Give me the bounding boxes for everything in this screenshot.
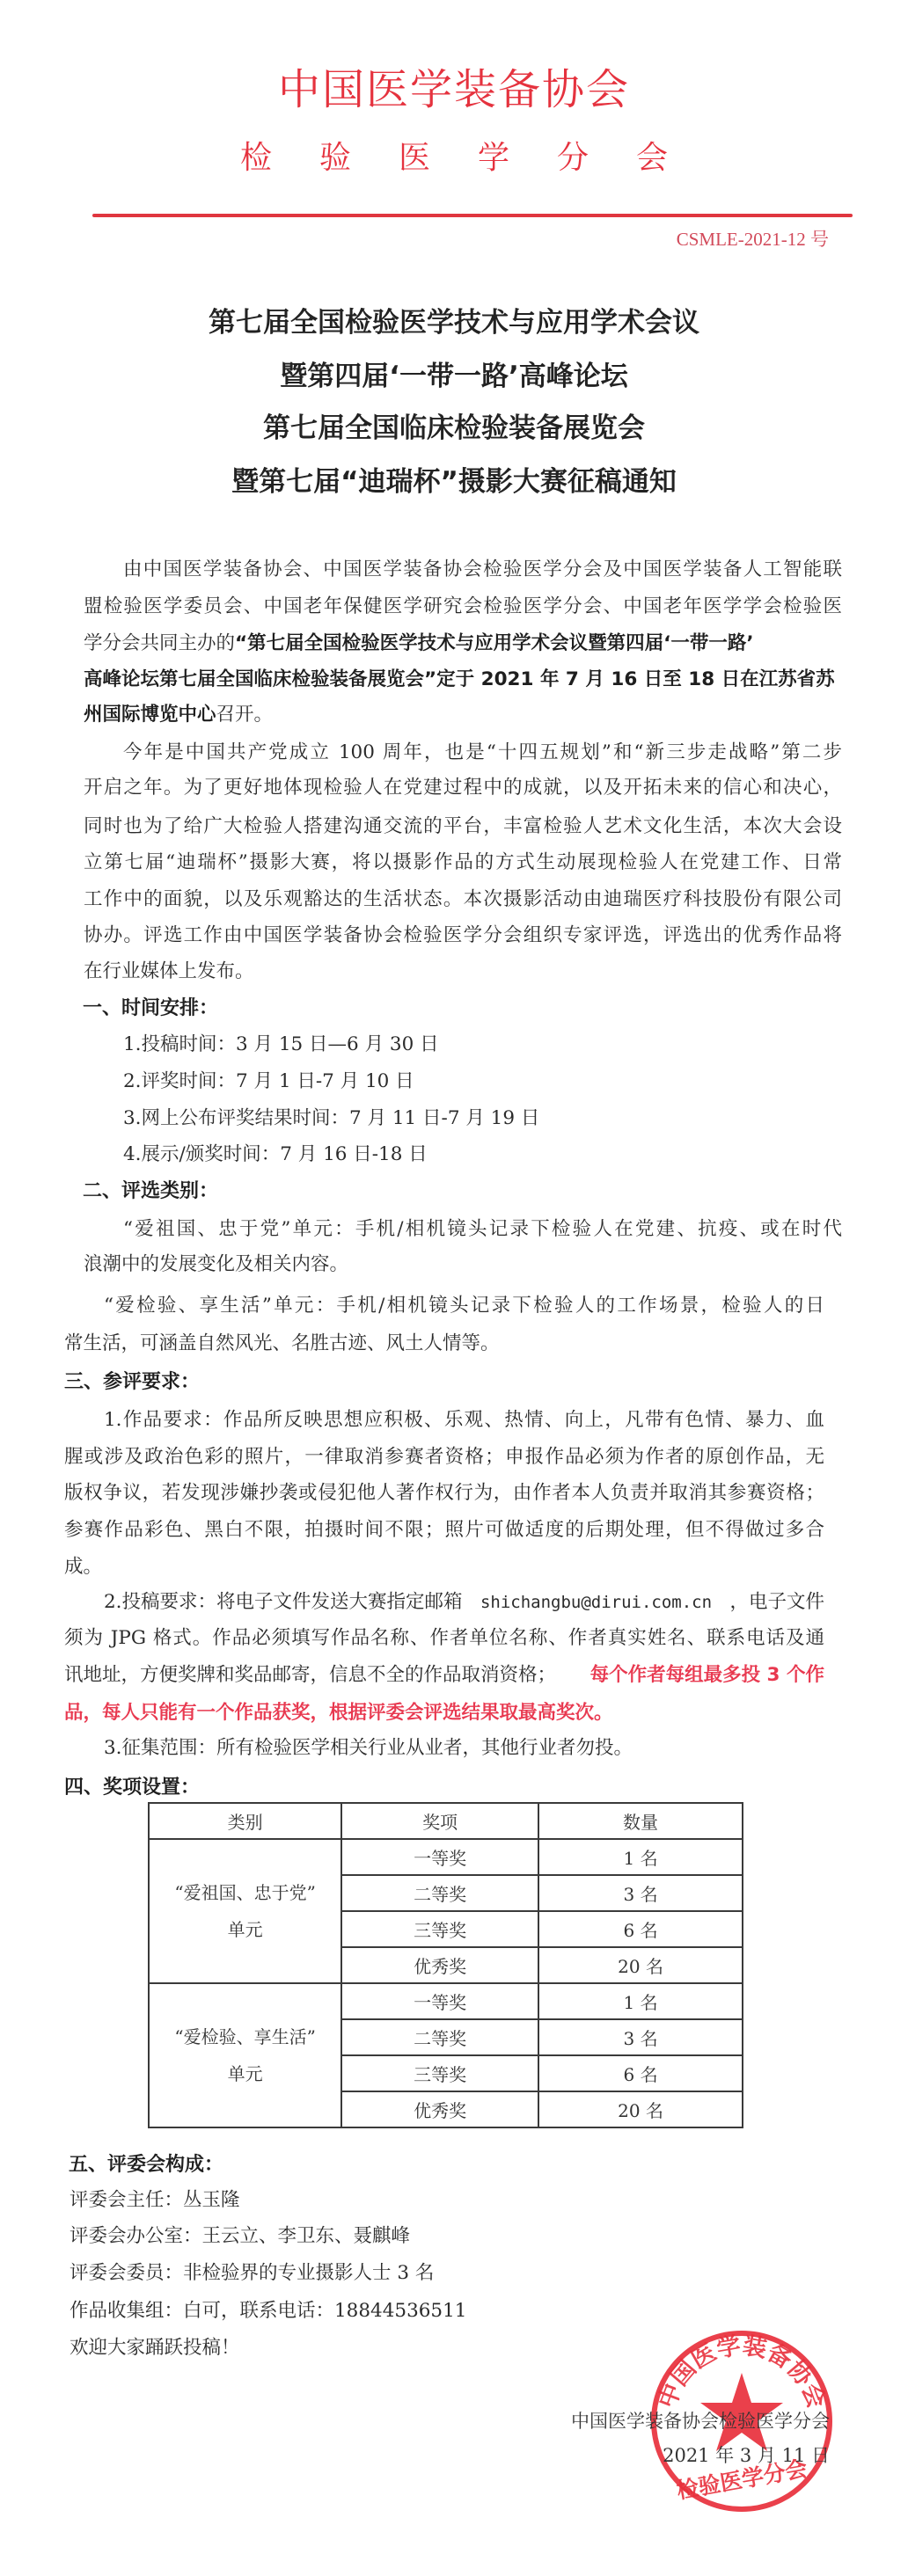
table-row: “爱检验、享生活” 单元 一等奖 1 名	[149, 1983, 743, 2019]
count-cell: 6 名	[538, 1911, 743, 1947]
letterhead-divider	[92, 214, 853, 217]
requirement-text: 2.投稿要求：将电子文件发送大赛指定邮箱 shichangbu@dirui.co…	[104, 1589, 824, 1616]
schedule-item: 3.网上公布评奖结果时间：7 月 11 日-7 月 19 日	[123, 1106, 539, 1132]
committee-line: 作品收集组：白可，联系电话：18844536511	[70, 2298, 466, 2324]
text-plain: 讯地址，方便奖牌和奖品邮寄，信息不全的作品取消资格；	[64, 1662, 556, 1689]
text-line: 立第七届“迪瑞杯”摄影大赛，将以摄影作品的方式生动展现检验人在党建工作、日常	[84, 850, 842, 876]
letterhead-branch-name: 检验医学分会	[0, 141, 908, 176]
event-name-bold: 高峰论坛第七届全国临床检验装备展览会”	[84, 668, 436, 690]
closing-line: 欢迎大家踊跃投稿！	[70, 2335, 240, 2361]
count-cell: 20 名	[538, 2091, 743, 2127]
text-line: 高峰论坛第七届全国临床检验装备展览会”定于 2021 年 7 月 16 日至 1…	[84, 667, 842, 693]
category-cell: “爱检验、享生活” 单元	[149, 1983, 341, 2127]
requirement-text: 版权争议，若发现涉嫌抄袭或侵犯他人著作权行为，由作者本人负责并取消其参赛资格；	[64, 1480, 824, 1507]
headline-line-3: 第七届全国临床检验装备展览会	[0, 411, 908, 446]
text-line: 州国际博览中心召开。	[84, 702, 842, 728]
count-cell: 1 名	[538, 1839, 743, 1875]
submission-email-link[interactable]: shichangbu@dirui.com.cn	[480, 1589, 712, 1616]
text-line: 同时也为了给广大检验人搭建沟通交流的平台，丰富检验人艺术文化生活，本次大会设	[84, 814, 842, 840]
requirement-text: 须为 JPG 格式。作品必须填写作品名称、作者单位名称、作者真实姓名、联系电话及…	[64, 1625, 824, 1652]
table-row: “爱祖国、忠于党” 单元 一等奖 1 名	[149, 1839, 743, 1875]
count-cell: 20 名	[538, 1947, 743, 1983]
requirement-text: 3.征集范围：所有检验医学相关行业从业者，其他行业者勿投。	[104, 1735, 824, 1762]
section-heading-committee: 五、评委会构成：	[69, 2152, 223, 2178]
awards-table: 类别 奖项 数量 “爱祖国、忠于党” 单元 一等奖 1 名 二等奖 3 名 三等…	[148, 1802, 743, 2128]
text-line: 工作中的面貌，以及乐观豁达的生活状态。本次摄影活动由迪瑞医疗科技股份有限公司	[84, 887, 842, 913]
headline-line-1: 第七届全国检验医学技术与应用学术会议	[0, 305, 908, 340]
category-name: “爱祖国、忠于党”	[150, 1874, 340, 1911]
requirement-text: 参赛作品彩色、黑白不限，拍摄时间不限；照片可做适度的后期处理，但不得做过多合	[64, 1517, 824, 1543]
count-cell: 3 名	[538, 2019, 743, 2055]
event-date-bold: 定于 2021 年 7 月 16 日至 18 日在江苏省苏	[436, 668, 835, 690]
headline-line-2: 暨第四届‘一带一路’高峰论坛	[0, 359, 908, 394]
event-name-bold: “第七届全国检验医学技术与应用学术会议暨第四届‘一带一路’	[235, 632, 753, 654]
signature-organization: 中国医学装备协会检验医学分会	[571, 2408, 830, 2434]
requirement-text: 成。	[64, 1554, 824, 1580]
section-heading-awards: 四、奖项设置：	[64, 1775, 200, 1801]
table-header-row: 类别 奖项 数量	[149, 1803, 743, 1839]
count-cell: 1 名	[538, 1983, 743, 2019]
text-line: 协办。评选工作由中国医学装备协会检验医学分会组织专家评选，评选出的优秀作品将	[84, 923, 842, 949]
category-unit: 单元	[150, 2055, 340, 2092]
requirement-text: 品，每人只能有一个作品获奖，根据评委会评选结果取最高奖次。	[64, 1700, 824, 1726]
highlight-rule: 每个作者每组最多投 3 个作	[590, 1662, 824, 1689]
text-line: 今年是中国共产党成立 100 周年，也是“十四五规划”和“新三步走战略”第二步	[123, 740, 842, 766]
committee-line: 评委会委员：非检验界的专业摄影人士 3 名	[70, 2260, 434, 2287]
column-header-award: 奖项	[341, 1803, 538, 1839]
column-header-count: 数量	[538, 1803, 743, 1839]
award-cell: 二等奖	[341, 2019, 538, 2055]
text-line: 盟检验医学委员会、中国老年保健医学研究会检验医学分会、中国老年医学学会检验医	[84, 594, 842, 620]
venue-bold: 州国际博览中心	[84, 704, 216, 726]
letterhead-org-name: 中国医学装备协会	[0, 65, 908, 114]
award-cell: 三等奖	[341, 1911, 538, 1947]
category-name: “爱检验、享生活”	[150, 2018, 340, 2055]
schedule-item: 4.展示/颁奖时间：7 月 16 日-18 日	[123, 1142, 428, 1168]
document-number: CSMLE-2021-12 号	[677, 228, 829, 251]
committee-line: 评委会办公室：王云立、李卫东、聂麒峰	[70, 2223, 410, 2250]
category-description: 浪潮中的发展变化及相关内容。	[84, 1252, 842, 1278]
text-line: 学分会共同主办的“第七届全国检验医学技术与应用学术会议暨第四届‘一带一路’	[84, 631, 842, 657]
text-plain: 2.投稿要求：将电子文件发送大赛指定邮箱	[104, 1589, 463, 1616]
text-line: 由中国医学装备协会、中国医学装备协会检验医学分会及中国医学装备人工智能联	[123, 557, 842, 583]
schedule-item: 2.评奖时间：7 月 1 日-7 月 10 日	[123, 1069, 414, 1095]
highlight-rule: 品，每人只能有一个作品获奖，根据评委会评选结果取最高奖次。	[64, 1702, 613, 1724]
category-description: “爱祖国、忠于党”单元：手机/相机镜头记录下检验人在党建、抗疫、或在时代	[123, 1216, 842, 1243]
count-cell: 6 名	[538, 2055, 743, 2091]
requirement-text: 1.作品要求：作品所反映思想应积极、乐观、热情、向上，凡带有色情、暴力、血	[104, 1407, 824, 1434]
award-cell: 二等奖	[341, 1875, 538, 1911]
text-plain: 召开。	[216, 704, 274, 726]
requirement-text: 讯地址，方便奖牌和奖品邮寄，信息不全的作品取消资格； 每个作者每组最多投 3 个…	[64, 1662, 824, 1689]
text-plain: ，电子文件	[729, 1589, 824, 1616]
award-cell: 三等奖	[341, 2055, 538, 2091]
award-cell: 优秀奖	[341, 1947, 538, 1983]
category-cell: “爱祖国、忠于党” 单元	[149, 1839, 341, 1983]
category-unit: 单元	[150, 1911, 340, 1948]
headline-line-4: 暨第七届“迪瑞杯”摄影大赛征稿通知	[0, 464, 908, 500]
committee-line: 评委会主任：丛玉隆	[70, 2187, 240, 2214]
text-plain: 学分会共同主办的	[84, 632, 235, 654]
text-line: 开启之年。为了更好地体现检验人在党建过程中的成就，以及开拓未来的信心和决心，	[84, 775, 842, 801]
section-heading-schedule: 一、时间安排：	[83, 996, 218, 1022]
signature-date: 2021 年 3 月 11 日	[663, 2442, 830, 2469]
text-line: 在行业媒体上发布。	[84, 959, 842, 985]
award-cell: 一等奖	[341, 1839, 538, 1875]
section-heading-categories: 二、评选类别：	[83, 1179, 218, 1205]
column-header-category: 类别	[149, 1803, 341, 1839]
count-cell: 3 名	[538, 1875, 743, 1911]
award-cell: 一等奖	[341, 1983, 538, 2019]
section-heading-requirements: 三、参评要求：	[64, 1369, 200, 1396]
award-cell: 优秀奖	[341, 2091, 538, 2127]
schedule-item: 1.投稿时间：3 月 15 日—6 月 30 日	[123, 1032, 439, 1058]
category-description: “爱检验、享生活”单元：手机/相机镜头记录下检验人的工作场景，检验人的日	[104, 1293, 824, 1319]
category-description: 常生活，可涵盖自然风光、名胜古迹、风土人情等。	[64, 1331, 824, 1357]
requirement-text: 腥或涉及政治色彩的照片，一律取消参赛者资格；申报作品必须为作者的原创作品，无	[64, 1444, 824, 1470]
